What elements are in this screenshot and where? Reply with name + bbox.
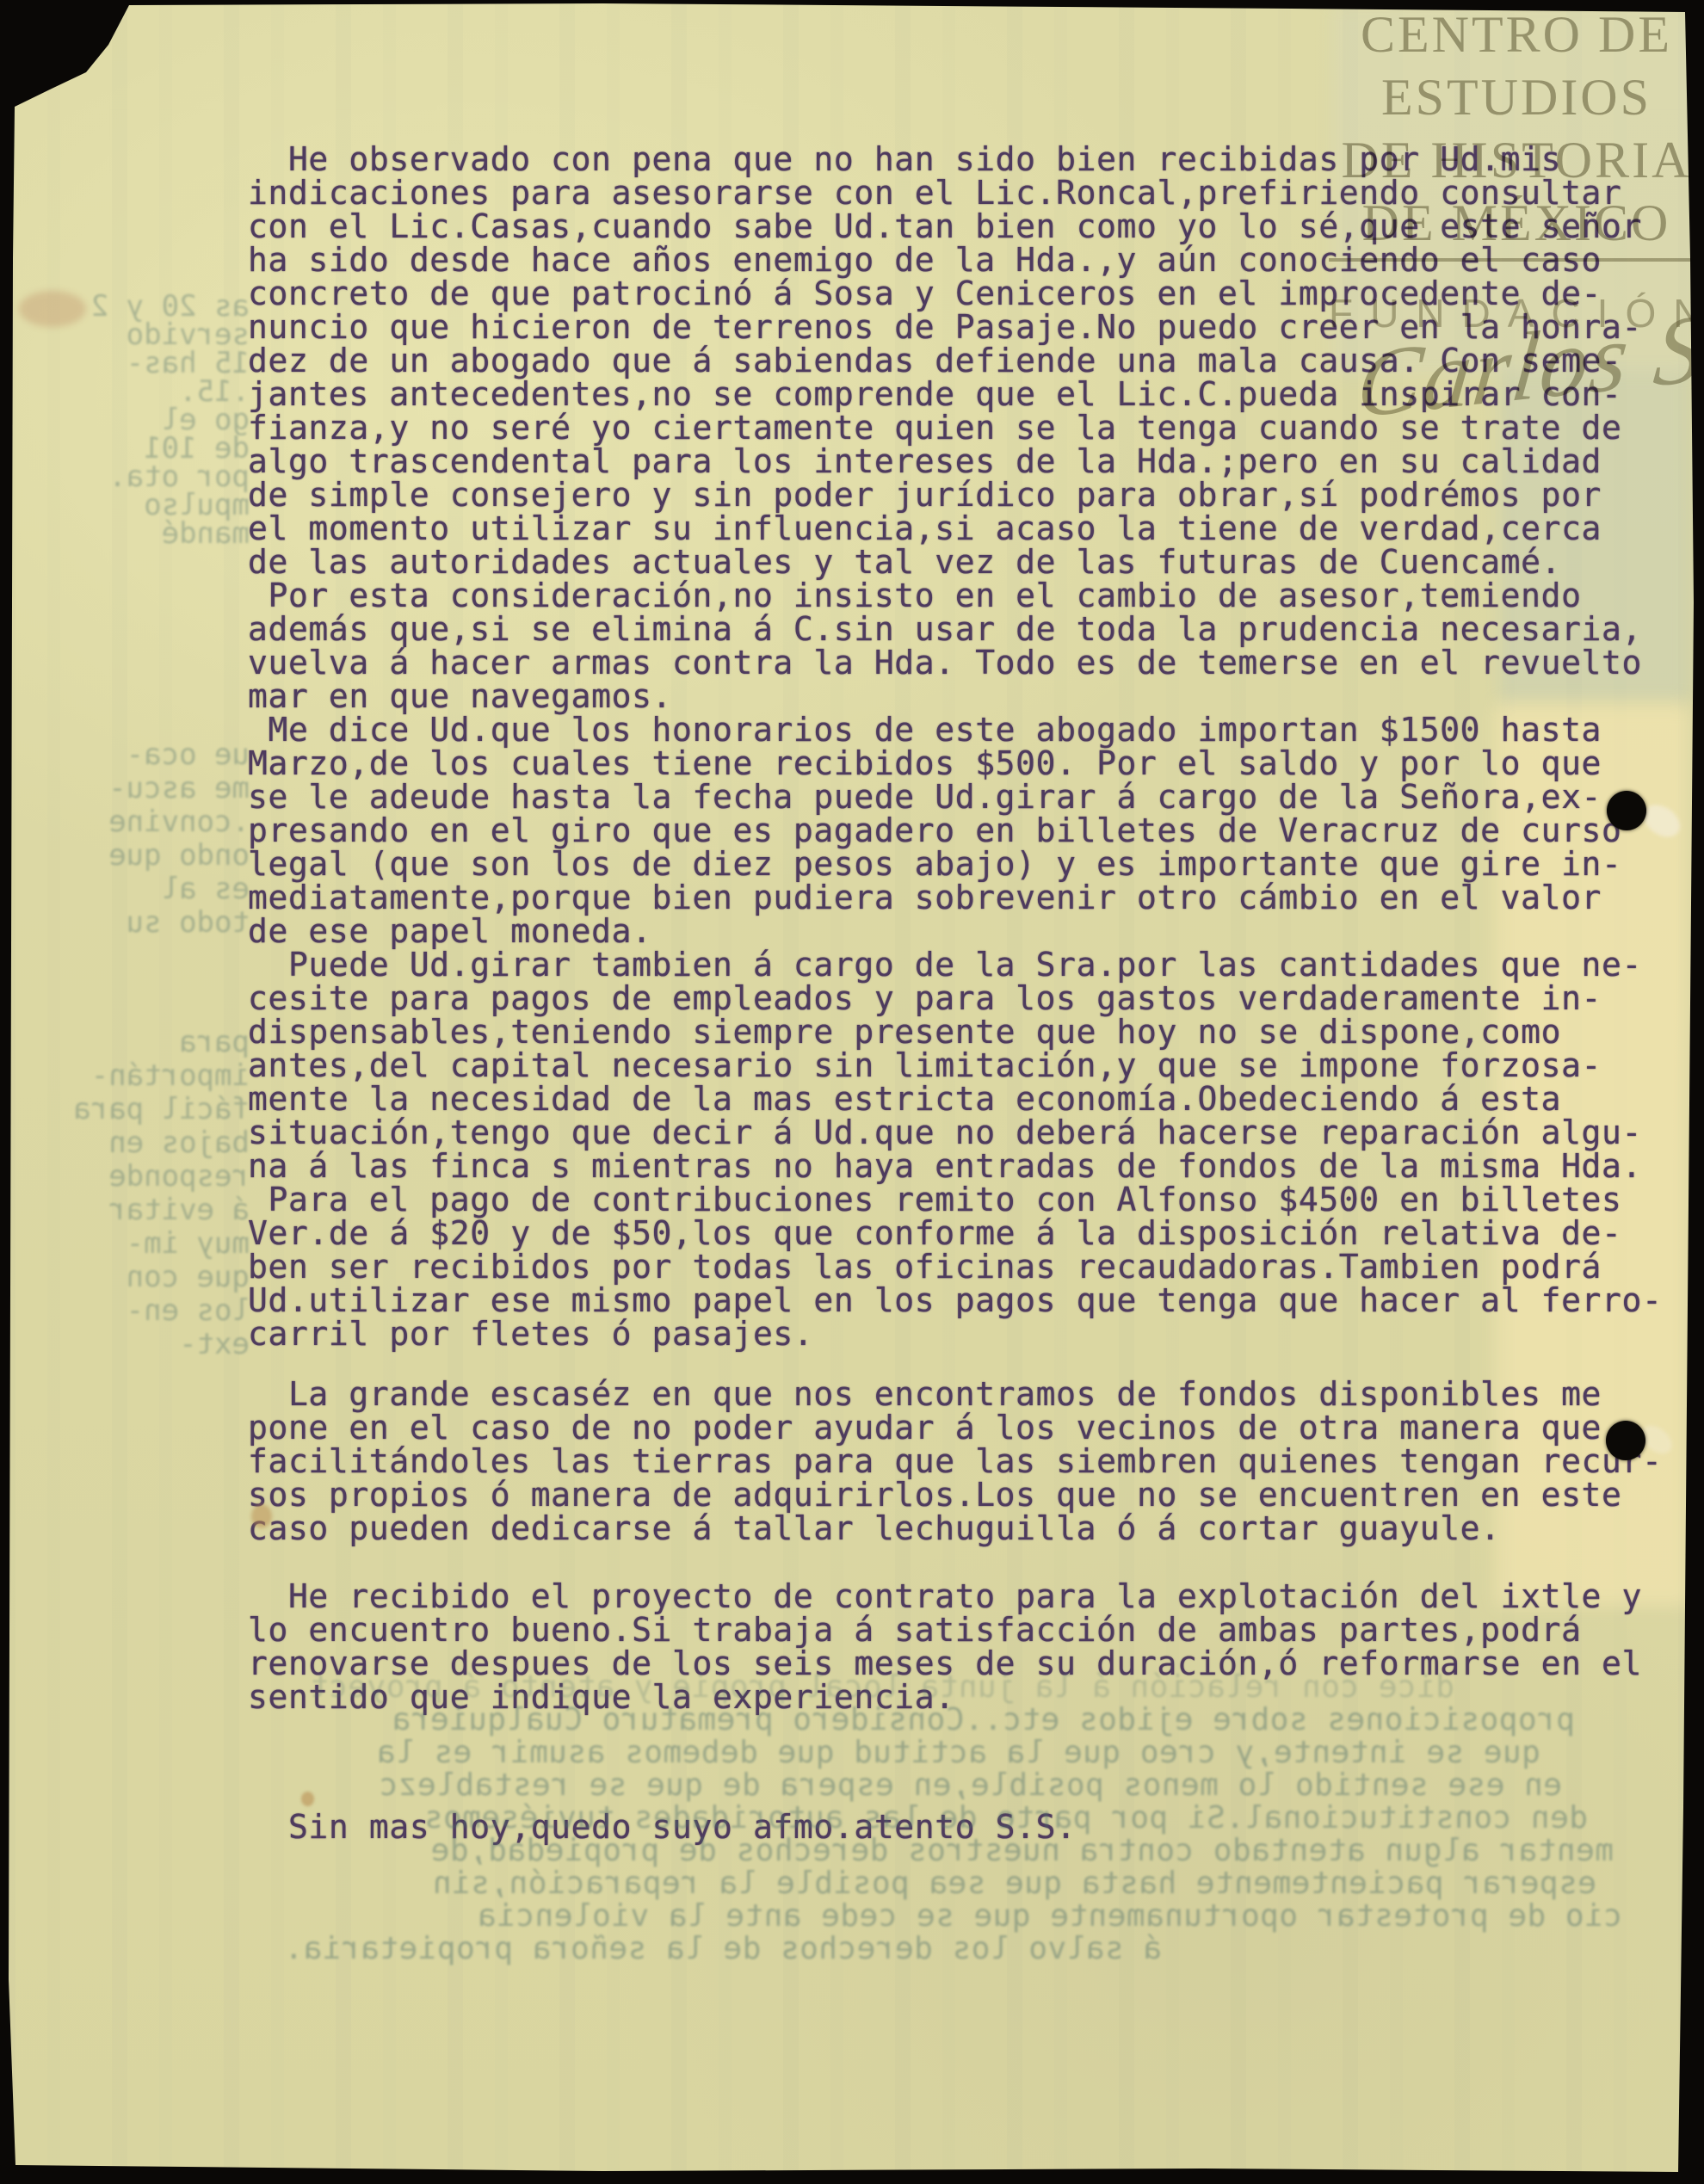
typed-line: cesite para pagos de empleados y para lo…	[248, 982, 1662, 1015]
bleedthrough-left-mid: ue oca-me ascu-.convineondo quees altodo…	[9, 738, 250, 940]
typed-line: sos propios ó manera de adquirirlos.Los …	[248, 1478, 1662, 1512]
typed-line: na á las finca s mientras no haya entrad…	[248, 1150, 1662, 1183]
bleedthrough-line: mentar algun atentado contra nuestros de…	[284, 1835, 1614, 1867]
typed-line: Ud.utilizar ese mismo papel en los pagos…	[248, 1284, 1662, 1317]
bleedthrough-line: á salvo los derechos de la señora propie…	[284, 1933, 1162, 1965]
bleedthrough-fragment: responde	[9, 1160, 250, 1194]
typed-line: He recibido el proyecto de contrato para…	[248, 1580, 1642, 1613]
typed-line: He observado con pena que no han sido bi…	[248, 143, 1662, 176]
typed-line: lo encuentro bueno.Si trabaja á satisfac…	[248, 1613, 1642, 1647]
typed-line: además que,si se elimina á C.sin usar de…	[248, 613, 1662, 646]
typed-line: mente la necesidad de la mas estricta ec…	[248, 1083, 1662, 1116]
hole-punch	[1607, 791, 1646, 830]
typed-line: La grande escaséz en que nos encontramos…	[248, 1378, 1662, 1411]
typed-line: indicaciones para asesorarse con el Lic.…	[248, 176, 1662, 210]
bleedthrough-bottom-block: dice con relación á la junta local propi…	[284, 1671, 1627, 1965]
typed-line: situación,tengo que decir á Ud.que no de…	[248, 1116, 1662, 1150]
bleedthrough-left-lower: paraimportán-fácil parabajos enrespondeá…	[9, 1026, 250, 1361]
typed-line: Puede Ud.girar tambien á cargo de la Sra…	[248, 948, 1662, 982]
typed-line: Ver.de á $20 y de $50,los que conforme á…	[248, 1217, 1662, 1250]
typed-line: pone en el caso de no poder ayudar á los…	[248, 1411, 1662, 1445]
typed-line: jantes antecedentes,no se comprende que …	[248, 378, 1662, 411]
typed-line: de simple consejero y sin poder jurídico…	[248, 478, 1662, 512]
bleedthrough-left-upper: as 20 y 2servido15 has-.15.go elde 101po…	[9, 293, 250, 548]
letter-paragraphs-1: He observado con pena que no han sido bi…	[248, 143, 1662, 1351]
typed-line: antes,del capital necesario sin limitaci…	[248, 1049, 1662, 1083]
bleedthrough-fragment: ext-	[9, 1328, 250, 1361]
bleedthrough-line: esperar pacientemente hasta que sea posi…	[284, 1867, 1596, 1900]
typed-line: mediatamente,porque bien pudiera sobreve…	[248, 881, 1662, 915]
typed-line: carril por fletes ó pasajes.	[248, 1317, 1662, 1351]
typed-line: ha sido desde hace años enemigo de la Hd…	[248, 244, 1662, 277]
typed-line: nuncio que hicieron de terrenos de Pasaj…	[248, 311, 1662, 344]
bleedthrough-fragment: muy im-	[9, 1227, 250, 1261]
bleedthrough-fragment: que con	[9, 1261, 250, 1294]
typed-line: con el Lic.Casas,cuando sabe Ud.tan bien…	[248, 210, 1662, 244]
typed-line: de las autoridades actuales y tal vez de…	[248, 546, 1662, 579]
typed-line: caso pueden dedicarse á tallar lechuguil…	[248, 1512, 1662, 1545]
typed-line: dez de un abogado que á sabiendas defien…	[248, 344, 1662, 378]
typed-line: vuelva á hacer armas contra la Hda. Todo…	[248, 646, 1662, 680]
bleedthrough-fragment: ondo que	[9, 839, 250, 873]
scan-background: as 20 y 2servido15 has-.15.go elde 101po…	[0, 0, 1704, 2184]
typed-line: ben ser recibidos por todas las oficinas…	[248, 1250, 1662, 1284]
typed-line: concreto de que patrocinó á Sosa y Cenic…	[248, 277, 1662, 311]
bleedthrough-fragment: es al	[9, 873, 250, 906]
watermark-line: ESTUDIOS	[1329, 66, 1704, 129]
typed-line: Me dice Ud.que los honorarios de este ab…	[248, 713, 1662, 747]
typed-line: facilitándoles las tierras para que las …	[248, 1445, 1662, 1478]
typed-line: Por esta consideración,no insisto en el …	[248, 579, 1662, 613]
bleedthrough-fragment: á evitar	[9, 1194, 250, 1227]
typed-line: Marzo,de los cuales tiene recibidos $500…	[248, 747, 1662, 780]
bleedthrough-fragment: los en-	[9, 1294, 250, 1328]
letter-paragraphs-2: La grande escaséz en que nos encontramos…	[248, 1378, 1662, 1545]
typed-line: dispensables,teniendo siempre presente q…	[248, 1015, 1662, 1049]
typed-line: mar en que navegamos.	[248, 680, 1662, 713]
typed-line: legal (que son los de diez pesos abajo) …	[248, 848, 1662, 881]
typed-line: se le adeude hasta la fecha puede Ud.gir…	[248, 780, 1662, 814]
typed-line: algo trascendental para los intereses de…	[248, 445, 1662, 478]
typed-line: Para el pago de contribuciones remito co…	[248, 1183, 1662, 1217]
bleedthrough-line: cio de protestar oportunamente que se ce…	[284, 1900, 1622, 1933]
typed-line: el momento utilizar su influencia,si aca…	[248, 512, 1662, 546]
bleedthrough-line: que se intente,y creo que la actitud que…	[284, 1737, 1540, 1769]
bleedthrough-line: en ese sentido lo menos posible,en esper…	[284, 1769, 1562, 1802]
bleedthrough-fragment: .convine	[9, 805, 250, 839]
bleedthrough-fragment: fácil para	[9, 1093, 250, 1126]
bleedthrough-fragment: ue oca-	[9, 738, 250, 772]
letter-page: as 20 y 2servido15 has-.15.go elde 101po…	[0, 0, 1704, 2184]
typed-line: de ese papel moneda.	[248, 915, 1662, 948]
bleedthrough-fragment: para	[9, 1026, 250, 1059]
bleedthrough-line: den constitucional.Si por parte de las a…	[284, 1802, 1588, 1835]
watermark-line: CENTRO DE	[1329, 3, 1704, 66]
bleedthrough-line: proposiciones sobre ejidos etc..Consider…	[284, 1704, 1575, 1737]
bleedthrough-fragment: todo su	[9, 906, 250, 940]
bleedthrough-fragment: bajos en	[9, 1126, 250, 1160]
hole-punch	[1606, 1421, 1645, 1460]
bleedthrough-fragment: mandé	[9, 520, 250, 548]
bleedthrough-fragment: importán-	[9, 1059, 250, 1093]
bleedthrough-fragment: me ascu-	[9, 772, 250, 805]
typed-line: presando en el giro que es pagadero en b…	[248, 814, 1662, 848]
typed-line: fianza,y no seré yo ciertamente quien se…	[248, 411, 1662, 445]
bleedthrough-line: dice con relación á la junta local propi…	[284, 1671, 1454, 1704]
